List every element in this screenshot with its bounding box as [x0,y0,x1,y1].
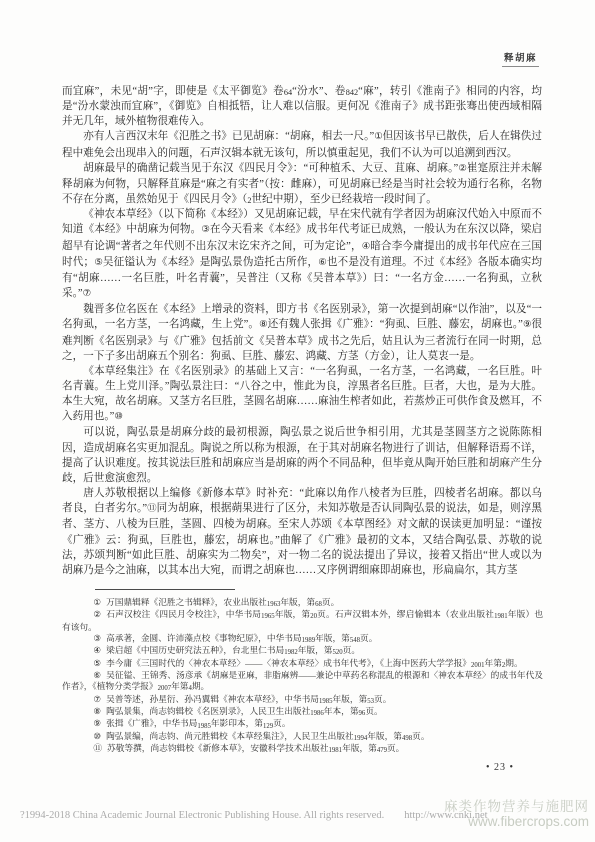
footnote-marker: ⑦ [93,694,101,704]
article-body: 而宜麻”，未见“胡”字，即使是《太平御览》卷64“汾水”、卷842“麻”，转引《… [62,84,542,578]
paragraph: 亦有人言西汉末年《氾胜之书》已见胡麻：“胡麻，相去一尺。”①但因该书早已散佚，后… [62,129,542,160]
footnote-marker: ⑤ [93,658,101,668]
footnote-text: 苏敬等撰，尚志钧辑校《新修本草》，安徽科学技术出版社1981年版，第479页。 [107,743,404,753]
footnote-text: 石声汉校注《四民月令校注》，中华书局1965年版，第20页。石声汉辑本外，缪启愉… [62,609,543,631]
footnote-text: 陶弘景集，尚志钧辑校《名医别录》，人民卫生出版社1986年本，第96页。 [106,706,383,716]
footnote-item: ⑤李今庸《三国时代的〈神农本草经〉——〈神农本草经〉成书年代考》，《上海中医药大… [62,658,543,670]
watermark-site-url: www.fibercrops.com [444,814,589,829]
paragraph: 魏晋多位名医在《本经》上增录的资料，即方书《名医别录》，第一次提到胡麻“以作油”… [62,302,542,364]
footnote-marker: ④ [93,645,101,655]
footnote-item: ⑥吴征镒、王锦秀、汤彦承《胡麻是亚麻，非脂麻辨——兼论中草药名称混乱的根源和〈神… [62,670,543,694]
page-number: • 23 • [486,762,514,773]
footnote-marker: ② [93,609,101,619]
paragraph: 胡麻最早的确凿记载当见于东汉《四民月令》：“可种植禾、大豆、苴麻、胡麻。”②崔寔… [62,161,542,207]
footnote-text: 张揖《广雅》，中华书局1985年影印本，第129页。 [106,718,290,728]
footnote-marker: ⑥ [93,670,101,680]
footnote-text: 吴征镒、王锦秀、汤彦承《胡麻是亚麻，非脂麻辨——兼论中草药名称混乱的根源和〈神农… [62,670,543,691]
footnote-item: ⑨张揖《广雅》，中华书局1985年影印本，第129页。 [62,718,543,730]
footnote-item: ⑦吴普等述，孙星衍、孙冯翼辑《神农本草经》，中华书局1985年版，第53页。 [62,694,543,706]
footnote-marker: ③ [93,633,101,643]
footnote-item: ④梁启超《中国历史研究法五种》，台北里仁书局1982年版，第520页。 [62,645,543,657]
paragraph: 唐人苏敬根据以上编修《新修本草》时补充：“此麻以角作八棱者为巨胜，四棱者名胡麻。… [62,486,542,578]
footnote-text: 梁启超《中国历史研究法五种》，台北里仁书局1982年版，第520页。 [106,645,360,655]
watermark-site-name: 麻类作物营养与施肥网 [444,799,589,814]
footnote-item: ⑧陶弘景集，尚志钧辑校《名医别录》，人民卫生出版社1986年本，第96页。 [62,706,543,718]
footnote-item: ②石声汉校注《四民月令校注》，中华书局1965年版，第20页。石声汉辑本外，缪启… [62,609,543,633]
footnote-text: 李今庸《三国时代的〈神农本草经〉——〈神农本草经〉成书年代考》，《上海中医药大学… [106,658,523,668]
footnote-text: 陶弘景编，尚志钧、尚元胜辑校《本草经集注》，人民卫生出版社1994年版，第498… [106,731,429,741]
footnote-item: ①万国鼎辑释《氾胜之书辑释》，农业出版社1963年版，第68页。 [62,597,543,609]
footnote-marker: ⑨ [93,718,101,728]
document-page: 释胡麻 而宜麻”，未见“胡”字，即使是《太平御览》卷64“汾水”、卷842“麻”… [0,0,595,842]
running-head: 释胡麻 [502,50,539,67]
footnote-marker: ⑩ [93,731,101,741]
watermark: 麻类作物营养与施肥网 www.fibercrops.com [444,799,589,829]
footnote-marker: ⑧ [93,706,101,716]
footnotes: ①万国鼎辑释《氾胜之书辑释》，农业出版社1963年版，第68页。 ②石声汉校注《… [62,597,543,755]
copyright-text: ?1994-2018 China Academic Journal Electr… [20,810,384,821]
footnote-divider [95,589,235,590]
paragraph: 而宜麻”，未见“胡”字，即使是《太平御览》卷64“汾水”、卷842“麻”，转引《… [62,84,542,129]
paragraph: 《本草经集注》在《名医别录》的基础上又言：“一名狗虱，一名方茎，一名鸿藏，一名巨… [62,364,542,426]
footnote-marker: ① [93,597,101,607]
footnote-item: ⑩陶弘景编，尚志钧、尚元胜辑校《本草经集注》，人民卫生出版社1994年版，第49… [62,731,543,743]
paragraph: 可以说，陶弘景是胡麻分歧的最初根源，陶弘景之说后世争相引用，尤其是茎圆茎方之说陈… [62,425,542,486]
footnote-text: 吴普等述，孙星衍、孙冯翼辑《神农本草经》，中华书局1985年版，第53页。 [106,694,391,704]
footnote-item: ⑪苏敬等撰，尚志钧辑校《新修本草》，安徽科学技术出版社1981年版，第479页。 [62,743,543,755]
footnote-marker: ⑪ [93,743,102,753]
paragraph: 《神农本草经》（以下简称《本经》）又见胡麻记载，早在宋代就有学者因为胡麻汉代始入… [62,207,542,302]
footnote-text: 万国鼎辑释《氾胜之书辑释》，农业出版社1963年版，第68页。 [106,597,339,607]
running-head-title: 释胡麻 [504,54,537,64]
footnote-item: ③高承著，金圆、许沛藻点校《事物纪原》，中华书局1989年版，第548页。 [62,633,543,645]
footnote-text: 高承著，金圆、许沛藻点校《事物纪原》，中华书局1989年版，第548页。 [106,633,377,643]
